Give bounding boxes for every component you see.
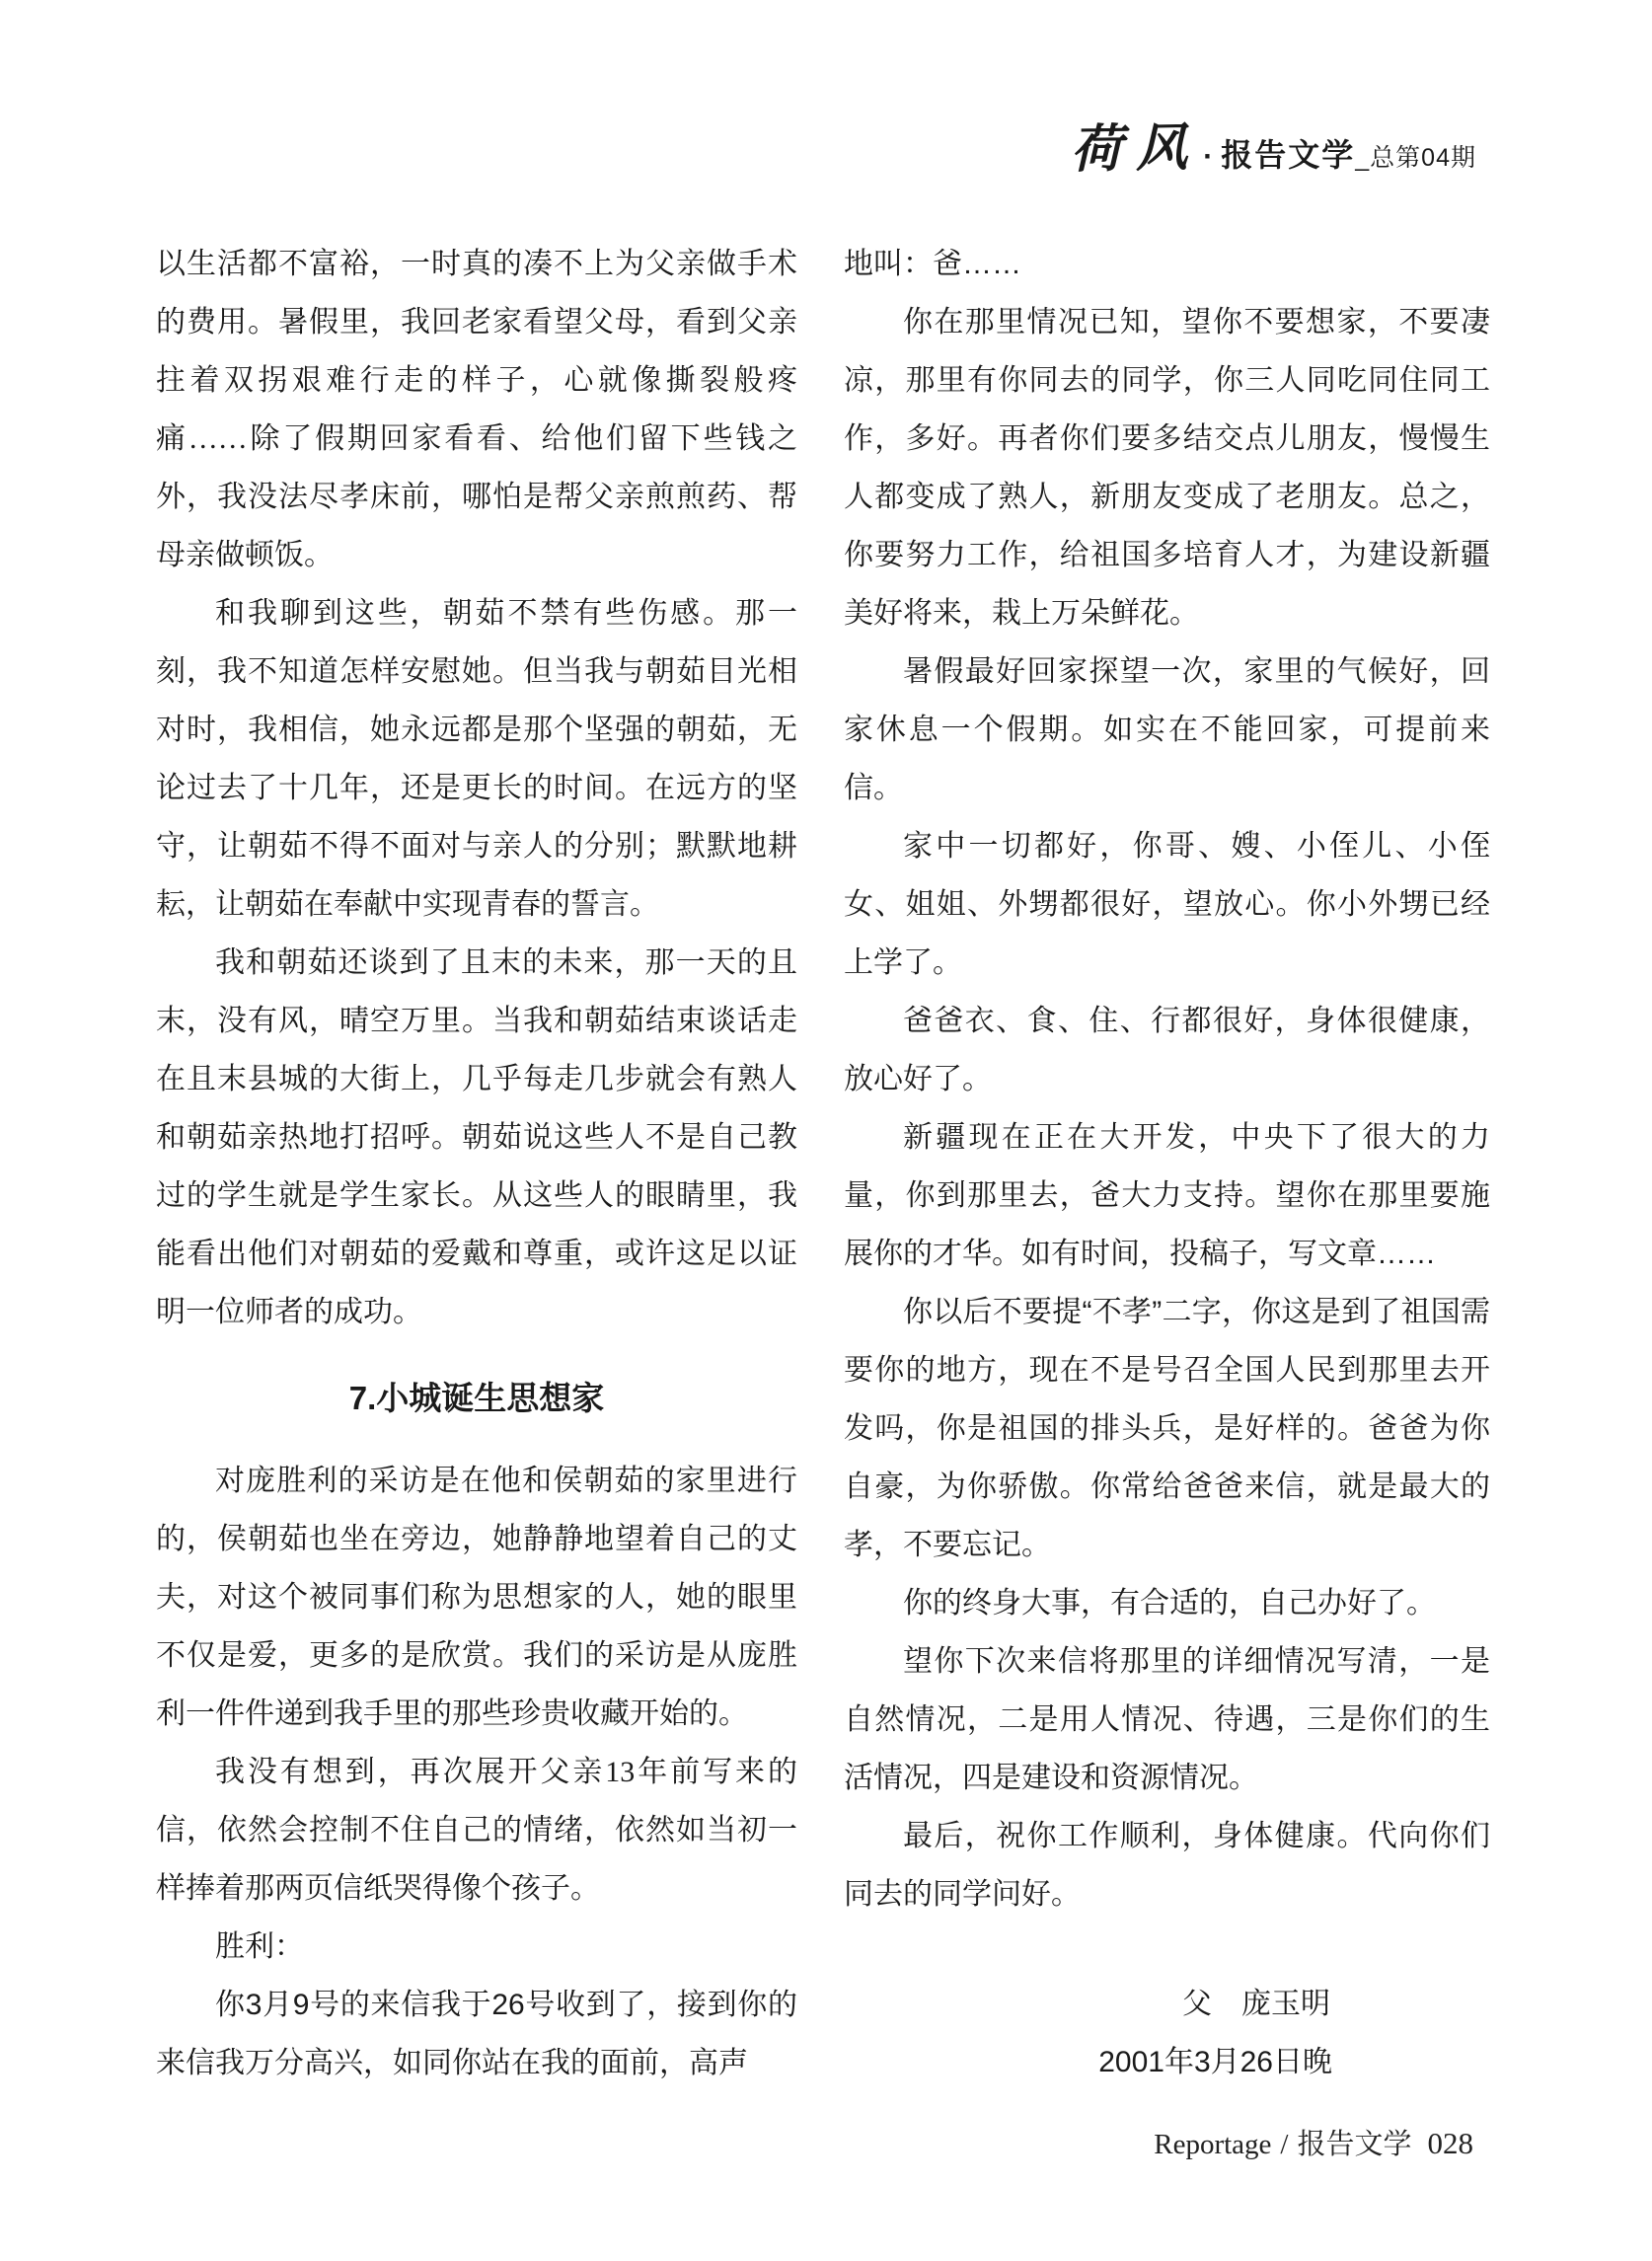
letter-date: 2001年3月26日晚	[844, 2033, 1490, 2091]
section-title: 报告文学	[1221, 130, 1355, 176]
letter-paragraph-2: 暑假最好回家探望一次，家里的气候好，回家休息一个假期。如实在不能回家，可提前来信…	[844, 642, 1490, 817]
logo-dot-separator: ·	[1203, 140, 1213, 174]
issue-number: _总第04期	[1355, 138, 1476, 174]
paragraph-continuation: 以生活都不富裕，一时真的凑不上为父亲做手术的费用。暑假里，我回老家看望父母，看到…	[156, 235, 797, 584]
letter-paragraph-7: 你的终身大事，有合适的，自己办好了。	[844, 1574, 1490, 1632]
footer-reportage-label: Reportage	[1154, 2129, 1271, 2161]
letter-paragraph-9: 最后，祝你工作顺利，身体健康。代向你们同去的同学问好。	[844, 1807, 1490, 1923]
right-column: 地叫：爸…… 你在那里情况已知，望你不要想家，不要凄凉，那里有你同去的同学，你三…	[844, 235, 1490, 2092]
paragraph-future: 我和朝茹还谈到了且末的未来，那一天的且末，没有风，晴空万里。当我和朝茹结束谈话走…	[156, 934, 797, 1341]
footer-chinese-label: 报告文学	[1297, 2122, 1411, 2162]
letter-signature: 父 庞玉明	[844, 1975, 1490, 2033]
letter-paragraph-3: 家中一切都好，你哥、嫂、小侄儿、小侄女、姐姐、外甥都很好，望放心。你小外甥已经上…	[844, 817, 1490, 992]
footer-separator: /	[1280, 2129, 1288, 2161]
letter-opening: 你3月9号的来信我于26号收到了，接到你的来信我万分高兴，如同你站在我的面前，高…	[156, 1976, 797, 2092]
magazine-page: 荷风 · 报告文学 _总第04期 以生活都不富裕，一时真的凑不上为父亲做手术的费…	[0, 0, 1652, 2261]
letter-call-line: 地叫：爸……	[844, 235, 1490, 293]
hefeng-script-logo: 荷风	[1071, 106, 1202, 182]
letter-paragraph-4: 爸爸衣、食、住、行都很好，身体很健康，放心好了。	[844, 992, 1490, 1108]
text-columns: 以生活都不富裕，一时真的凑不上为父亲做手术的费用。暑假里，我回老家看望父母，看到…	[156, 235, 1490, 2092]
letter-paragraph-8: 望你下次来信将那里的详细情况写清，一是自然情况，二是用人情况、待遇，三是你们的生…	[844, 1632, 1490, 1807]
left-column: 以生活都不富裕，一时真的凑不上为父亲做手术的费用。暑假里，我回老家看望父母，看到…	[156, 235, 797, 2092]
page-footer: Reportage / 报告文学 028	[1154, 2122, 1473, 2162]
paragraph-chat: 和我聊到这些，朝茹不禁有些伤感。那一刻，我不知道怎样安慰她。但当我与朝茹目光相对…	[156, 584, 797, 934]
page-number: 028	[1428, 2126, 1474, 2161]
paragraph-interview: 对庞胜利的采访是在他和侯朝茹的家里进行的，侯朝茹也坐在旁边，她静静地望着自己的丈…	[156, 1452, 797, 1743]
letter-paragraph-1: 你在那里情况已知，望你不要想家，不要凄凉，那里有你同去的同学，你三人同吃同住同工…	[844, 293, 1490, 642]
paragraph-letter-intro: 我没有想到，再次展开父亲13年前写来的信，依然会控制不住自己的情绪，依然如当初一…	[156, 1743, 797, 1918]
letter-salutation: 胜利：	[156, 1918, 797, 1976]
letter-paragraph-5: 新疆现在正在大开发，中央下了很大的力量，你到那里去，爸大力支持。望你在那里要施展…	[844, 1108, 1490, 1283]
section-heading: 7.小城诞生思想家	[156, 1377, 797, 1420]
letter-paragraph-6: 你以后不要提“不孝”二字，你这是到了祖国需要你的地方，现在不是号召全国人民到那里…	[844, 1283, 1490, 1574]
page-header: 荷风 · 报告文学 _总第04期	[1071, 107, 1476, 181]
